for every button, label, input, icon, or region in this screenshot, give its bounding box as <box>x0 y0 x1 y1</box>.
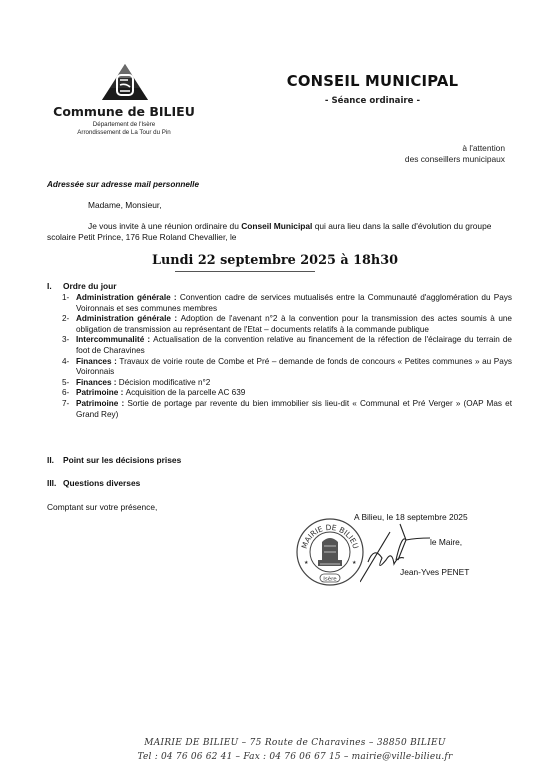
section-ordre-du-jour: I.Ordre du jour <box>47 281 117 291</box>
section-questions: III.Questions diverses <box>47 478 140 488</box>
salutation: Madame, Monsieur, <box>88 200 162 210</box>
signatory-name: Jean-Yves PENET <box>400 567 469 577</box>
agenda-item: 2-Administration générale : Adoption de … <box>62 314 512 335</box>
meeting-date: Lundi 22 septembre 2025 à 18h30 <box>140 253 410 268</box>
agenda-number: 6- <box>62 388 76 399</box>
agenda-separator: : <box>112 378 119 387</box>
footer-address: MAIRIE DE BILIEU – 75 Route de Charavine… <box>60 738 530 748</box>
agenda-item: 7-Patrimoine : Sortie de portage par rev… <box>62 399 512 420</box>
recipients-line: des conseillers municipaux <box>405 154 505 165</box>
section-number: III. <box>47 478 63 488</box>
page-title: CONSEIL MUNICIPAL <box>250 73 495 90</box>
section-decisions: II.Point sur les décisions prises <box>47 455 181 465</box>
agenda-topic: Patrimoine <box>76 388 118 397</box>
agenda-topic: Patrimoine <box>76 399 118 408</box>
agenda-text: Patrimoine : Acquisition de la parcelle … <box>76 388 512 399</box>
closing-text: Comptant sur votre présence, <box>47 502 157 512</box>
agenda-number: 5- <box>62 378 76 389</box>
date-underline <box>175 271 315 272</box>
svg-text:★: ★ <box>352 560 357 566</box>
invitation-paragraph: Je vous invite à une réunion ordinaire d… <box>47 221 517 243</box>
agenda-item: 1-Administration générale : Convention c… <box>62 293 512 314</box>
agenda-text: Patrimoine : Sortie de portage par reven… <box>76 399 512 420</box>
agenda-description: Sortie de portage par revente du bien im… <box>76 399 512 419</box>
agenda-topic: Finances <box>76 378 112 387</box>
svg-text:Isère: Isère <box>323 576 337 583</box>
agenda-description: Acquisition de la parcelle AC 639 <box>126 388 246 397</box>
section-number: II. <box>47 455 63 465</box>
department: Département de l'Isère <box>48 121 200 129</box>
agenda-text: Finances : Travaux de voirie route de Co… <box>76 357 512 378</box>
agenda-description: Décision modificative n°2 <box>119 378 211 387</box>
recipient-block: à l'attention des conseillers municipaux <box>405 143 505 165</box>
agenda-item: 5-Finances : Décision modificative n°2 <box>62 378 512 389</box>
arrondissement: Arrondissement de La Tour du Pin <box>48 129 200 137</box>
agenda-separator: : <box>118 388 125 397</box>
footer-contact: Tel : 04 76 06 62 41 – Fax : 04 76 06 67… <box>60 752 530 762</box>
agenda-number: 4- <box>62 357 76 378</box>
agenda-topic: Intercommunalité <box>76 335 144 344</box>
agenda-description: Travaux de voirie route de Combe et Pré … <box>76 357 512 377</box>
agenda-separator: : <box>171 314 181 323</box>
invite-text-bold: Conseil Municipal <box>241 221 312 231</box>
agenda-number: 2- <box>62 314 76 335</box>
department-info: Département de l'Isère Arrondissement de… <box>48 121 200 137</box>
agenda-separator: : <box>118 399 127 408</box>
agenda-item: 4-Finances : Travaux de voirie route de … <box>62 357 512 378</box>
agenda-item: 3-Intercommunalité : Actualisation de la… <box>62 335 512 356</box>
agenda-text: Administration générale : Convention cad… <box>76 293 512 314</box>
agenda-separator: : <box>144 335 153 344</box>
agenda-text: Finances : Décision modificative n°2 <box>76 378 512 389</box>
agenda-list: 1-Administration générale : Convention c… <box>62 293 512 420</box>
agenda-separator: : <box>171 293 180 302</box>
signatory-role: le Maire, <box>430 537 462 547</box>
agenda-number: 3- <box>62 335 76 356</box>
section-title: Ordre du jour <box>63 281 117 291</box>
place-date: A Bilieu, le 18 septembre 2025 <box>354 512 468 522</box>
agenda-topic: Finances <box>76 357 112 366</box>
svg-text:★: ★ <box>304 560 309 566</box>
agenda-topic: Administration générale <box>76 293 171 302</box>
agenda-topic: Administration générale <box>76 314 171 323</box>
attention-line: à l'attention <box>405 143 505 154</box>
section-title: Point sur les décisions prises <box>63 455 181 465</box>
address-note: Adressée sur adresse mail personnelle <box>47 180 199 189</box>
official-stamp-icon: MAIRIE DE BILIEU Isère ★ ★ <box>294 516 366 588</box>
agenda-text: Administration générale : Adoption de l'… <box>76 314 512 335</box>
page-subtitle: - Séance ordinaire - <box>250 96 495 106</box>
section-title: Questions diverses <box>63 478 140 488</box>
pyramid-logo-icon <box>100 62 150 102</box>
invite-text-before: Je vous invite à une réunion ordinaire d… <box>88 221 241 231</box>
agenda-item: 6-Patrimoine : Acquisition de la parcell… <box>62 388 512 399</box>
agenda-text: Intercommunalité : Actualisation de la c… <box>76 335 512 356</box>
commune-name: Commune de BILIEU <box>48 104 200 119</box>
agenda-number: 1- <box>62 293 76 314</box>
section-number: I. <box>47 281 63 291</box>
agenda-number: 7- <box>62 399 76 420</box>
